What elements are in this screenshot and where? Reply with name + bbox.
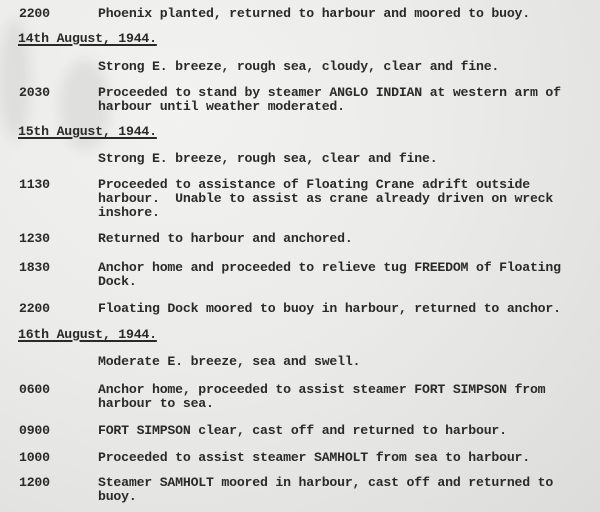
log-entry-text: Dock.: [98, 274, 137, 289]
date-heading: 16th August, 1944.: [18, 327, 157, 342]
date-heading: 15th August, 1944.: [18, 124, 157, 139]
log-entry-text: Anchor home, proceeded to assist steamer…: [98, 382, 545, 397]
log-time: 1200: [19, 475, 50, 490]
log-entry-text: Floating Dock moored to buoy in harbour,…: [98, 301, 561, 316]
log-entry-text: Steamer SAMHOLT moored in harbour, cast …: [98, 475, 553, 490]
typewritten-log-page: 2200 Phoenix planted, returned to harbou…: [0, 0, 600, 512]
weather-note: Moderate E. breeze, sea and swell.: [98, 354, 360, 369]
weather-note: Strong E. breeze, rough sea, clear and f…: [98, 151, 437, 166]
log-entry-text: harbour to sea.: [98, 396, 214, 411]
log-entry-text: inshore.: [98, 205, 160, 220]
log-entry-text: harbour until weather moderated.: [98, 99, 345, 114]
log-time: 0900: [19, 423, 50, 438]
date-heading: 14th August, 1944.: [18, 31, 157, 46]
log-time: 1830: [19, 260, 50, 275]
log-entry-text: Anchor home and proceeded to relieve tug…: [98, 260, 561, 275]
log-entry-text: buoy.: [98, 489, 137, 504]
log-entry-text: harbour. Unable to assist as crane alrea…: [98, 191, 553, 206]
log-entry-text: Proceeded to stand by steamer ANGLO INDI…: [98, 85, 561, 100]
log-time: 2030: [19, 85, 50, 100]
log-time: 0600: [19, 382, 50, 397]
log-time: 1000: [19, 450, 50, 465]
log-entry-text: Proceeded to assist steamer SAMHOLT from…: [98, 450, 530, 465]
log-entry-text: Phoenix planted, returned to harbour and…: [98, 6, 530, 21]
log-entry-text: FORT SIMPSON clear, cast off and returne…: [98, 423, 507, 438]
log-time: 1230: [19, 231, 50, 246]
weather-note: Strong E. breeze, rough sea, cloudy, cle…: [98, 59, 499, 74]
log-time: 2200: [19, 301, 50, 316]
log-time: 1130: [19, 177, 50, 192]
log-entry-text: Proceeded to assistance of Floating Cran…: [98, 177, 530, 192]
log-time: 2200: [19, 6, 50, 21]
log-entry-text: Returned to harbour and anchored.: [98, 231, 353, 246]
